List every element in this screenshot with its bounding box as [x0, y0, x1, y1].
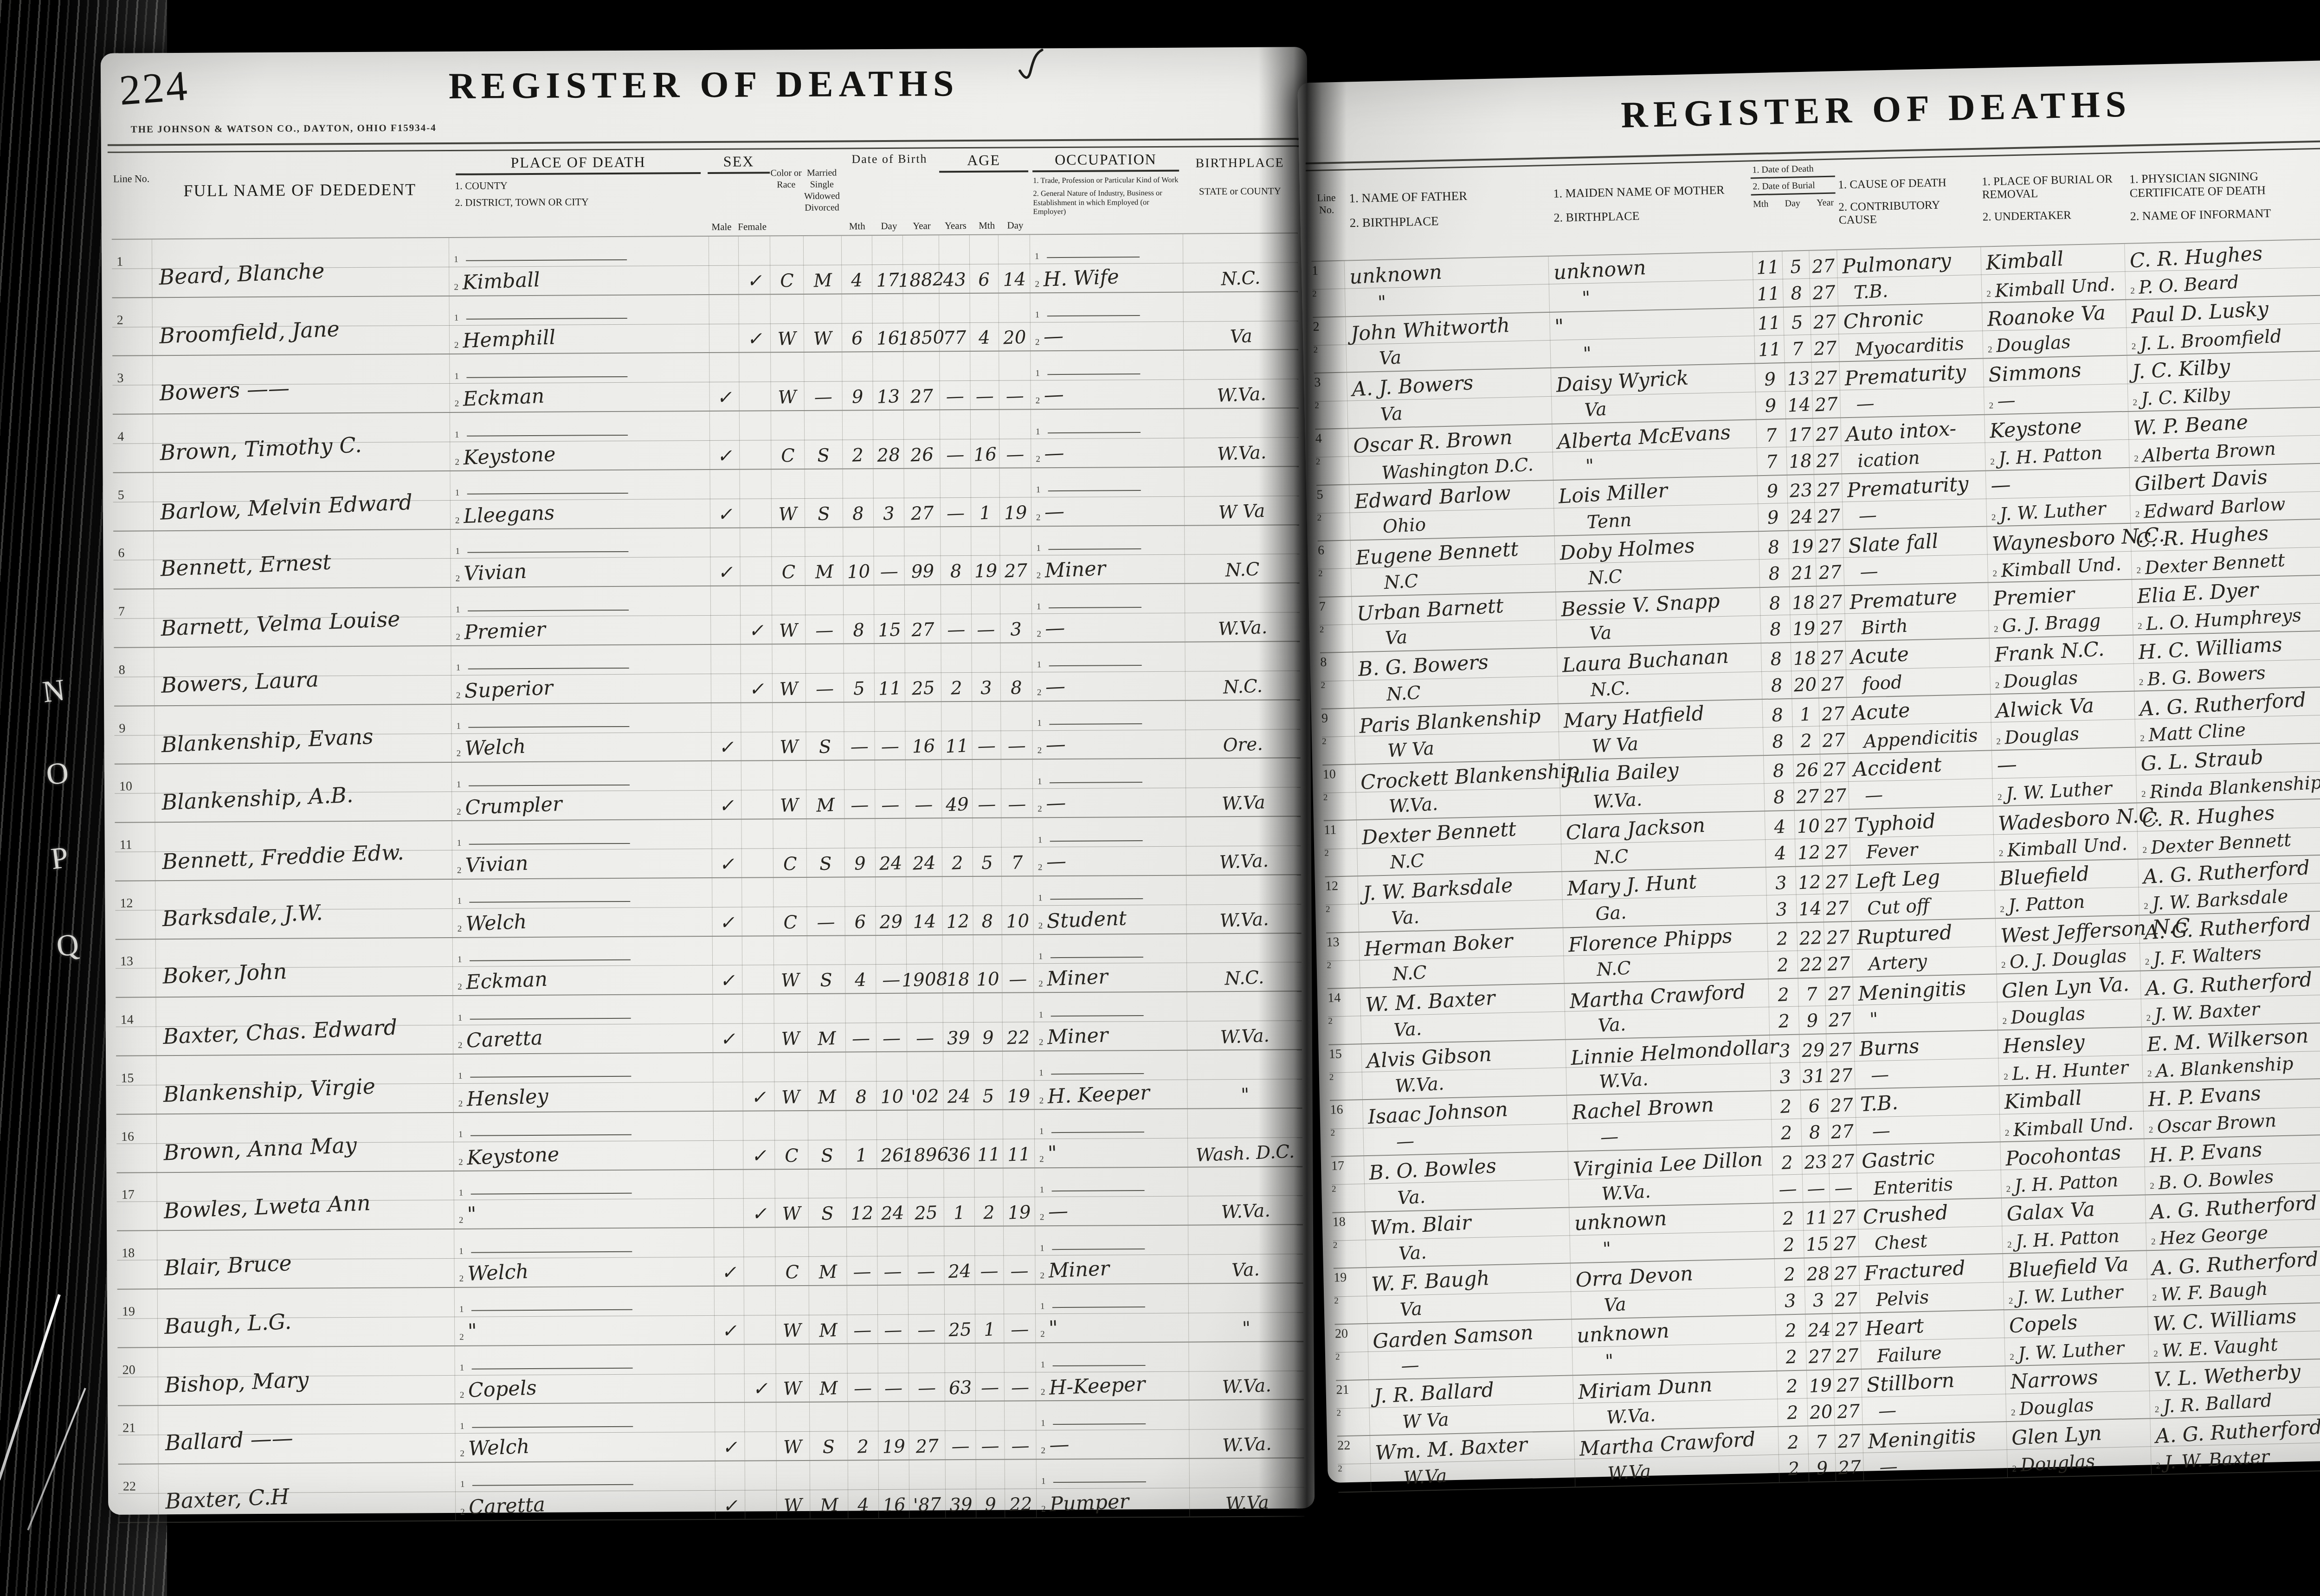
age-part: 25	[948, 1320, 972, 1339]
cause-of-death: Auto intox-	[1845, 418, 1957, 444]
occupation-cell: 12Miner	[1035, 1226, 1188, 1284]
mother-birthplace: "	[1581, 289, 1591, 307]
physician-name: J. C. Kilby	[2132, 357, 2230, 382]
birthplace-cell: W.Va.	[1186, 992, 1302, 1050]
age-part: 2	[951, 854, 963, 873]
burial-date-part: 8	[1809, 1123, 1821, 1142]
color-race-cell: W	[776, 1461, 810, 1519]
line-number-cell: 6	[113, 531, 154, 589]
sex-checkmark: ✓	[751, 1088, 767, 1107]
sex-female-cell	[744, 1403, 776, 1461]
sub-label-2: 2	[1312, 290, 1317, 298]
occupation-cell: 12—	[1031, 467, 1184, 525]
line-number: 15	[121, 1072, 134, 1085]
sex-female-cell	[741, 761, 773, 819]
sub-label-2: 2	[456, 574, 460, 583]
line-number: 22	[1337, 1439, 1351, 1453]
age-part: 10	[976, 970, 999, 989]
occupation-cell: 12—	[1034, 1167, 1188, 1225]
color-race: W	[783, 1380, 803, 1399]
father-cell: Alvis GibsonW.Va.	[1361, 1040, 1566, 1099]
sub-label-1: 1	[457, 838, 462, 847]
informant-name: J. W. Barksdale	[2152, 887, 2288, 913]
death-date-part: 3	[1775, 874, 1787, 892]
line-number: 19	[122, 1305, 135, 1318]
date-cell: 2727	[1824, 922, 1853, 978]
birth-date-part: 1896	[902, 1145, 949, 1165]
place-of-burial: Narrows	[2010, 1368, 2098, 1393]
sex-female-cell	[741, 878, 773, 935]
contributory-cause: Enteritis	[1873, 1175, 1953, 1198]
header-date-of-birth: Date of Birth Mth Day Year	[841, 148, 939, 235]
date-cell: 2727	[1822, 866, 1851, 921]
sub-label-2: 2	[1332, 1184, 1336, 1193]
burial-date-part: 27	[1837, 1402, 1861, 1422]
sub-label-1: 1	[1037, 602, 1041, 611]
sub-label-2: 2	[1040, 1213, 1044, 1222]
birth-date-part: 3	[883, 504, 895, 523]
sub-label-2: 2	[459, 1274, 464, 1283]
sub-label-2: 2	[454, 283, 458, 292]
header-female: Female	[738, 221, 767, 232]
father-name: A. J. Bowers	[1351, 373, 1474, 400]
sex-checkmark: ✓	[716, 388, 732, 407]
age-cell: 3	[1000, 585, 1032, 643]
father-cell: Wm. BlairVa.	[1365, 1208, 1570, 1267]
marital-status-cell: M	[805, 528, 843, 585]
place-of-burial: Kimball	[1985, 249, 2064, 273]
occupation: Miner	[1048, 1259, 1109, 1281]
age-part: 19	[1007, 1203, 1031, 1223]
birth-date-part: 29	[879, 913, 903, 932]
register-row: 11Bennett, Freddie Edw.12Vivian✓CS924242…	[115, 817, 1301, 881]
line-number: 10	[1322, 768, 1336, 781]
line-number-cell: 15	[116, 1056, 156, 1113]
physician-cell: A. G. Rutherford2W. F. Baugh	[2146, 1247, 2320, 1306]
decedent-name: Blankenship, A.B.	[161, 784, 354, 813]
name-cell: Bennett, Freddie Edw.	[155, 821, 452, 880]
birthplace: W.Va.	[1217, 444, 1266, 463]
sub-label-2: 2	[1323, 793, 1328, 802]
cause-of-death: Premature	[1849, 587, 1958, 613]
line-number-cell: 14	[116, 998, 156, 1055]
mother-cell: Clara JacksonN.C	[1560, 811, 1766, 871]
left-column-headers: Line No. FULL NAME OF DEDEDENT PLACE OF …	[111, 146, 1298, 238]
age-cell: —	[971, 585, 1000, 643]
birth-date-cell: 1896	[907, 1110, 944, 1168]
sub-label-1: 1	[1037, 661, 1042, 669]
birth-date-part: —	[850, 738, 869, 757]
birth-date-part: 12	[850, 1204, 874, 1223]
mother-birthplace: Va.	[1598, 1015, 1626, 1035]
marital-status: M	[817, 1030, 836, 1049]
burial-cell: Frank N.C.2Douglas	[1989, 636, 2134, 694]
burial-cell: —2J. W. Luther	[1985, 468, 2131, 526]
birth-date-part: 6	[851, 329, 863, 348]
register-row: 21Ballard ——12Welch✓WS21927———12—W.Va.	[118, 1400, 1304, 1465]
register-row: 15Blankenship, Virgie12Hensley✓WM810'022…	[116, 1050, 1302, 1114]
line-number: 20	[122, 1364, 135, 1377]
father-name: unknown	[1349, 262, 1443, 287]
physician-cell: A. G. Rutherford2Matt Cline	[2134, 687, 2320, 747]
mother-cell: Bessie V. SnappVa	[1555, 588, 1760, 647]
burial-date-part: 2	[1785, 1348, 1798, 1366]
burial-date-part: 27	[1813, 339, 1837, 359]
cause-cell: Burns—	[1854, 1030, 1999, 1088]
decedent-name: Blankenship, Evans	[161, 725, 374, 755]
date-cell: 68	[1800, 1090, 1829, 1146]
birth-date-cell: 8	[843, 586, 874, 643]
sub-label-2: 2	[1321, 681, 1325, 690]
register-row: 12Barksdale, J.W.12Welch✓C—629141281012S…	[115, 875, 1302, 940]
burial-date-part: 8	[1768, 565, 1780, 583]
sub-label-1: 1	[458, 955, 462, 964]
line-number-cell: 19	[117, 1289, 158, 1347]
sub-label-2: 2	[1037, 630, 1041, 638]
blank-fill-line	[471, 1251, 632, 1253]
birth-date-part: —	[853, 1262, 872, 1281]
burial-date-part: 27	[1823, 787, 1847, 806]
occupation: Miner	[1047, 1025, 1108, 1048]
color-race: W	[779, 621, 799, 640]
marital-status: S	[818, 738, 831, 757]
physician-name: C. R. Hughes	[2129, 244, 2263, 271]
left-page-title: REGISTER OF DEATHS	[101, 61, 1307, 109]
age-part: 24	[947, 1262, 971, 1281]
color-race-cell: W	[772, 586, 806, 644]
cause-cell: Auto intox-ication	[1840, 415, 1985, 473]
burial-date-part: 8	[1790, 284, 1803, 302]
informant-name: Alberta Brown	[2142, 439, 2276, 465]
burial-date-part: 27	[1826, 954, 1850, 974]
birthplace: W.Va.	[1221, 1202, 1270, 1222]
register-row: 16Brown, Anna May12Keystone✓CS1261896361…	[116, 1108, 1303, 1173]
marital-status: S	[821, 1204, 834, 1223]
mother-birthplace: —	[1600, 1128, 1619, 1147]
blank-fill-line	[470, 1076, 632, 1078]
sub-label-2: 2	[2151, 1237, 2156, 1246]
birth-date-part: —	[915, 796, 934, 815]
sub-label-2: 2	[1036, 455, 1040, 463]
color-race-cell: W	[774, 1053, 808, 1110]
age-part: 43	[942, 270, 966, 290]
sex-male-cell: ✓	[709, 353, 739, 411]
contributory-cause: —	[1859, 562, 1878, 581]
occupation: H. Keeper	[1047, 1083, 1150, 1107]
father-name: W. F. Baugh	[1371, 1268, 1490, 1295]
sex-female-cell	[740, 528, 772, 586]
age-cell: —	[1004, 1402, 1036, 1459]
age-cell: 19	[1002, 1051, 1034, 1109]
age-part: 20	[1003, 328, 1026, 348]
death-date-part: 12	[1798, 873, 1822, 892]
physician-cell: C. R. Hughes2Dexter Bennett	[2136, 799, 2320, 859]
marital-status: S	[819, 855, 832, 873]
place-of-death: Caretta	[466, 1028, 543, 1051]
birthplace: N.C.	[1221, 269, 1261, 288]
line-number-cell: 22	[1313, 317, 1347, 373]
date-cell: 88	[1759, 531, 1790, 587]
age-cell: —	[1001, 760, 1033, 817]
sub-label-1: 1	[1041, 1419, 1045, 1428]
header-death-burial-dates: 1. Date of Death 2. Date of Burial Mth D…	[1750, 160, 1837, 251]
birth-date-cell: 13	[872, 352, 903, 410]
burial-date-part: 21	[1791, 564, 1815, 583]
birth-date-cell: —	[844, 761, 875, 818]
date-cell: 2727	[1811, 362, 1841, 418]
cause-of-death: Acute	[1851, 701, 1911, 724]
marital-status: M	[814, 563, 833, 582]
blank-fill-line	[1051, 1074, 1144, 1075]
birthplace-cell: W.Va.	[1186, 817, 1301, 875]
age-cell: 18	[942, 935, 973, 993]
contributory-cause: —	[1872, 1122, 1891, 1141]
age-part: 19	[1004, 503, 1027, 522]
sex-female-cell: ✓	[739, 295, 771, 352]
register-row: 17Bowles, Lweta Ann12"✓WS122425121912—W.…	[116, 1167, 1303, 1231]
mother-cell: Martha CrawfordW.Va	[1574, 1427, 1779, 1487]
death-date-part: 8	[1769, 594, 1781, 612]
date-cell: 57	[1783, 307, 1811, 362]
birth-date-cell: 28	[873, 411, 904, 468]
sub-label-1: 1	[1038, 952, 1043, 961]
age-cell: 5	[973, 1052, 1003, 1109]
sex-male-cell: ✓	[715, 1461, 745, 1519]
age-cell: 27	[999, 527, 1031, 584]
informant-name: W. E. Vaught	[2161, 1335, 2278, 1360]
date-cell: 77	[1756, 419, 1787, 475]
birth-date-cell: —	[844, 702, 875, 760]
place-of-burial: Kimball	[2004, 1088, 2082, 1113]
name-cell: Bowers ——	[152, 354, 450, 413]
age-part: 7	[1011, 854, 1023, 872]
sex-female-cell: ✓	[743, 1170, 775, 1227]
place-of-death: Keystone	[466, 1145, 560, 1168]
sub-label-2: 2	[1996, 737, 2001, 746]
line-number: 6	[1318, 544, 1325, 557]
contributory-cause: —	[1878, 1402, 1897, 1421]
age-cell: 1	[943, 1169, 974, 1226]
birthplace: W.Va.	[1220, 1027, 1270, 1047]
birth-date-part: 27	[910, 504, 934, 523]
death-date-part: 8	[1767, 538, 1780, 557]
burial-date-part: 3	[1775, 900, 1788, 919]
register-row: 4Brown, Timothy C.12Keystone✓CS22826—16—…	[113, 408, 1299, 473]
death-date-part: 27	[1826, 928, 1850, 948]
occupation: —	[1046, 851, 1067, 872]
father-birthplace: W.Va.	[1388, 795, 1438, 816]
death-date-part: 27	[1816, 481, 1840, 500]
line-number-cell: 4	[113, 414, 153, 472]
birth-date-cell: 24	[875, 819, 906, 876]
sub-label-2: 2	[2009, 1297, 2013, 1306]
mother-name: Mary J. Hunt	[1566, 872, 1697, 899]
name-cell: Bennett, Ernest	[153, 529, 451, 588]
age-cell: —	[1002, 935, 1034, 992]
color-race-cell: C	[773, 819, 806, 877]
blank-fill-line	[470, 1018, 631, 1020]
marital-status: —	[817, 913, 836, 932]
burial-date-part: 3	[1784, 1292, 1797, 1310]
cause-cell: Slate fall—	[1843, 527, 1988, 585]
sub-label-2: 2	[2150, 1182, 2154, 1191]
sub-label-1: 1	[1040, 1185, 1044, 1194]
cause-of-death: Gastric	[1861, 1147, 1935, 1171]
sub-label-2: 2	[2142, 846, 2147, 855]
sub-label-2: 2	[1986, 290, 1991, 298]
sub-label-1: 1	[1039, 1010, 1044, 1019]
sub-label-2: 2	[2155, 1405, 2159, 1414]
occupation: —	[1045, 676, 1066, 697]
father-cell: Paris BlankenshipW Va	[1354, 704, 1559, 764]
color-race-cell: W	[771, 470, 805, 527]
sub-label-1: 1	[455, 547, 460, 556]
line-number-cell: 13	[116, 940, 156, 997]
cause-cell: Accident—	[1848, 751, 1993, 809]
sub-label-2: 2	[1038, 921, 1043, 930]
father-birthplace: W.Va.	[1394, 1075, 1444, 1096]
burial-cell: Bluefield2J. Patton	[1994, 859, 2139, 917]
age-cell: 10	[973, 935, 1002, 992]
header-age: AGE Years Mth Day	[938, 148, 1030, 234]
age-cell: —	[975, 1343, 1004, 1401]
color-race: C	[783, 855, 797, 873]
cause-of-death: Fractured	[1863, 1258, 1966, 1284]
burial-date-part: 20	[1809, 1403, 1833, 1422]
burial-date-part: 27	[1829, 1067, 1853, 1086]
age-part: 2	[983, 1204, 995, 1223]
occupation: Miner	[1046, 967, 1108, 990]
right-page: 224 REGISTER OF DEATHS Line No. 1. NAME …	[1297, 58, 2320, 1483]
birth-date-cell: 2	[847, 1402, 878, 1460]
birth-date-cell: —	[877, 1286, 909, 1343]
date-cell: 2727	[1833, 1369, 1862, 1425]
birth-date-part: 11	[878, 679, 902, 698]
cause-of-death: Chronic	[1843, 308, 1924, 333]
age-cell: 11	[941, 702, 972, 759]
sub-label-1: 1	[1040, 1244, 1044, 1253]
burial-date-part: 27	[1812, 283, 1836, 302]
sex-male-cell	[713, 1170, 743, 1227]
blank-fill-line	[1053, 1423, 1146, 1425]
mother-birthplace: Tenn	[1586, 511, 1632, 532]
sub-label-1: 1	[460, 1364, 464, 1372]
mother-cell: Florence PhippsN.C	[1563, 924, 1768, 983]
decedent-name: Bowers ——	[159, 377, 290, 404]
place-of-death: Copels	[468, 1378, 537, 1401]
blank-fill-line	[470, 1193, 632, 1195]
birthplace-cell: W.Va.	[1188, 1342, 1304, 1400]
decedent-name: Baxter, Chas. Edward	[162, 1017, 398, 1047]
death-date-part: 19	[1790, 537, 1814, 557]
date-cell: 99	[1755, 363, 1786, 419]
burial-cell: Alwick Va2Douglas	[1990, 692, 2135, 750]
informant-name: L. O. Humphreys	[2146, 606, 2302, 633]
burial-cell: Roanoke Va2Douglas	[1982, 300, 2127, 358]
age-cell: 19	[999, 468, 1031, 526]
line-number-cell: 82	[1320, 653, 1354, 708]
death-date-part: 18	[1791, 593, 1815, 612]
birth-date-part: 4	[855, 971, 867, 990]
death-date-part: 27	[1831, 1152, 1855, 1171]
mother-cell: unknown"	[1548, 252, 1753, 311]
sub-label-2: 2	[1039, 1155, 1044, 1164]
occupation: —	[1044, 502, 1065, 522]
birth-date-part: —	[917, 1379, 936, 1398]
age-cell: 4	[970, 293, 999, 351]
sub-label-2: 2	[1036, 396, 1040, 405]
father-cell: J. R. BallardW Va	[1368, 1376, 1573, 1435]
sub-label-2: 2	[1324, 849, 1329, 858]
age-part: —	[977, 737, 996, 756]
informant-name: J. R. Ballard	[2162, 1392, 2272, 1416]
death-date-part: 6	[1808, 1097, 1821, 1115]
age-part: 22	[1006, 1029, 1030, 1048]
age-cell: 19	[1003, 1168, 1035, 1226]
burial-date-part: 3	[1779, 1068, 1792, 1087]
sub-label-2: 2	[1318, 569, 1323, 578]
burial-cell: Glen Lyn Va.2Douglas	[1996, 972, 2141, 1030]
line-number: 16	[1330, 1103, 1343, 1117]
sex-checkmark: ✓	[719, 797, 735, 815]
place-of-death-cell: 12Welch	[455, 1403, 715, 1462]
cause-cell: HeartFailure	[1860, 1310, 2005, 1368]
age-part: 63	[948, 1379, 972, 1398]
physician-cell: V. L. Wetherby2J. R. Ballard	[2149, 1358, 2320, 1418]
father-cell: Crockett BlankenshipW.Va.	[1355, 760, 1560, 819]
line-number: 1	[116, 255, 123, 268]
line-number: 6	[118, 547, 124, 560]
decedent-name: Beard, Blanche	[158, 260, 325, 288]
line-number: 17	[122, 1189, 135, 1202]
sex-checkmark: ✓	[747, 272, 762, 290]
burial-cell: Kimball2Kimball Und.	[1999, 1083, 2144, 1141]
birth-date-part: —	[883, 1262, 902, 1281]
line-number: 4	[117, 431, 124, 444]
undertaker: J. W. Luther	[2016, 1283, 2123, 1307]
marital-status-cell: M	[809, 1344, 847, 1402]
age-cell: 22	[1005, 1460, 1037, 1517]
sex-checkmark: ✓	[719, 855, 735, 874]
blank-fill-line	[468, 726, 630, 728]
birthplace: Va.	[1231, 1261, 1260, 1280]
birth-date-cell: 29	[875, 877, 906, 935]
place-of-death: "	[467, 1321, 477, 1342]
register-row: 9Blankenship, Evans12Welch✓WS——1611——12—…	[114, 700, 1301, 765]
death-date-part: 7	[1765, 426, 1778, 445]
physician-cell: Gilbert Davis2Edward Barlow	[2129, 463, 2320, 523]
sub-label-1: 1	[454, 255, 458, 264]
birth-date-cell: 16	[905, 702, 941, 759]
undertaker: O. J. Douglas	[2009, 947, 2127, 972]
color-race: W	[778, 388, 797, 407]
place-of-death-cell: 12Welch	[452, 878, 712, 937]
age-part: 11	[977, 1145, 1000, 1164]
death-date-part: 27	[1833, 1264, 1857, 1283]
death-date-part: 27	[1824, 816, 1848, 836]
color-race-cell: W	[773, 936, 807, 994]
sub-label-2: 2	[2139, 678, 2144, 687]
line-number-cell: 102	[1322, 765, 1356, 820]
color-race-cell: C	[770, 236, 804, 294]
contributory-cause: Chest	[1874, 1232, 1928, 1253]
sex-male-cell: ✓	[712, 995, 742, 1052]
birthplace-cell: W.Va.	[1187, 1167, 1303, 1225]
birth-date-cell: 27	[904, 586, 941, 643]
physician-name: C. R. Hughes	[2135, 523, 2269, 551]
father-birthplace: Va	[1385, 628, 1408, 648]
age-cell: 12	[942, 877, 973, 934]
